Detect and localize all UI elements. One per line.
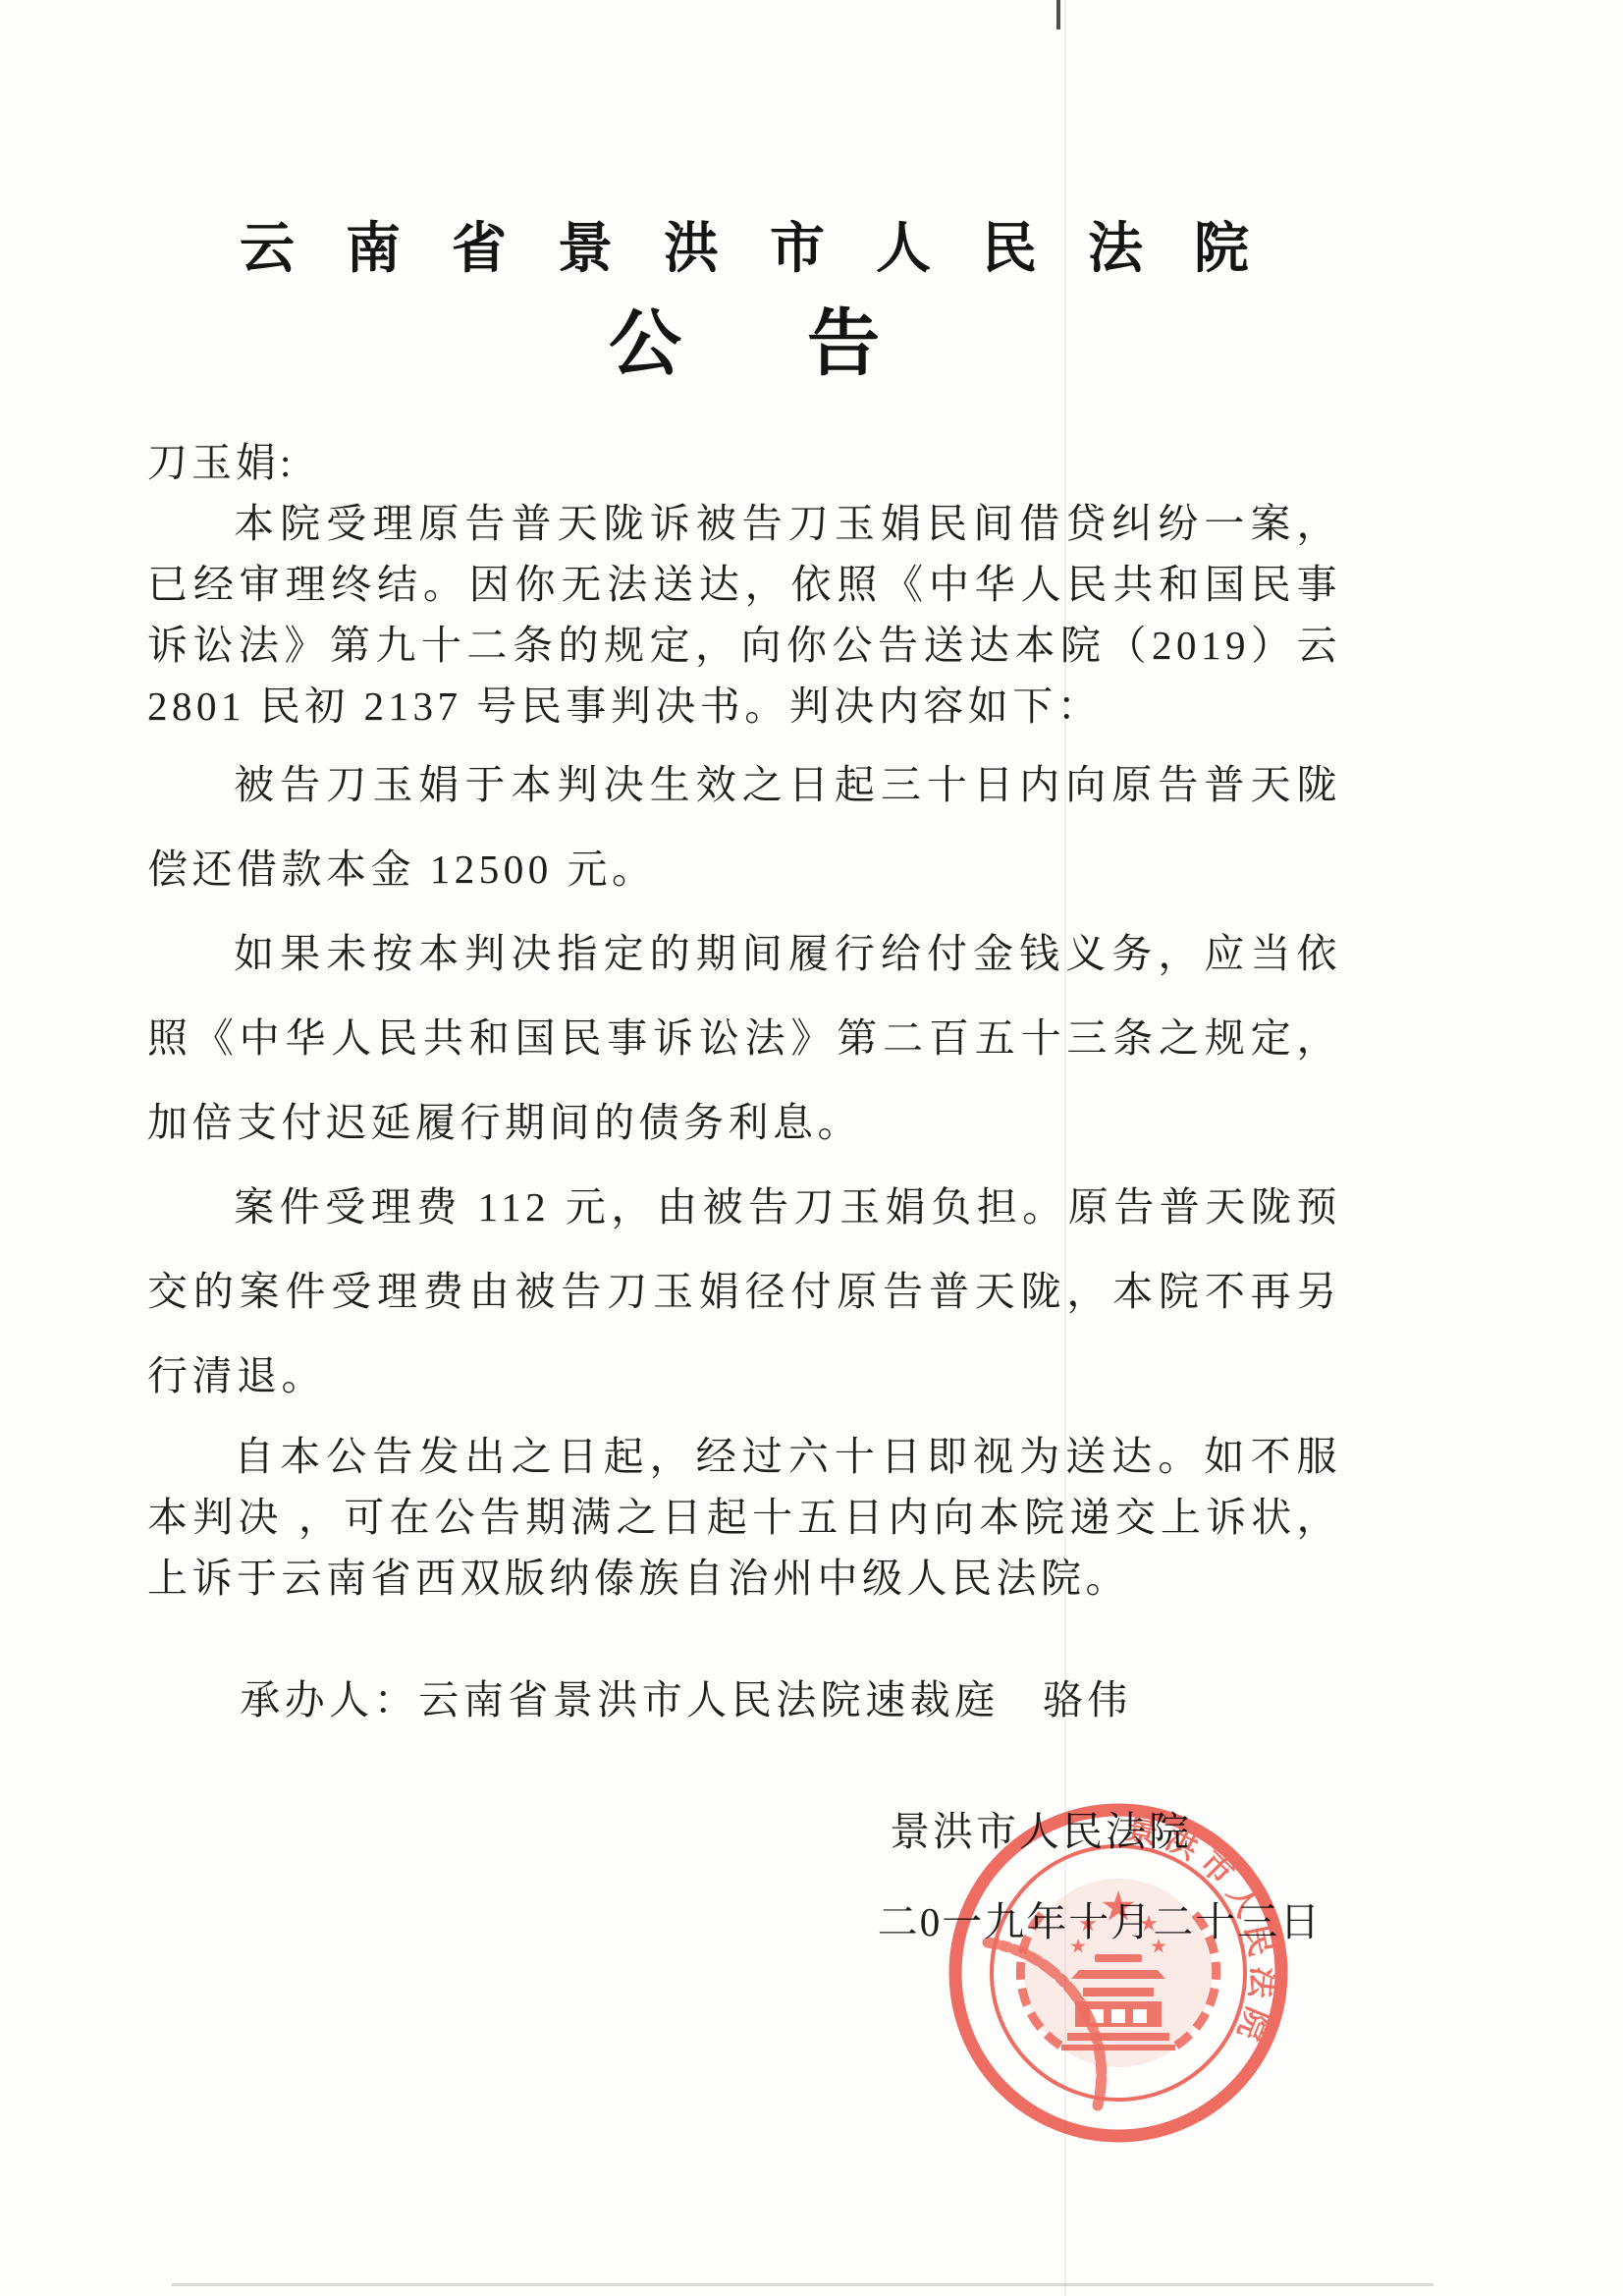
document-title: 公告 <box>147 295 1341 393</box>
signature-date: 二0一九年十月二十三日 <box>864 1891 1335 1952</box>
recipient-name: 刀玉娟: <box>147 432 1341 493</box>
document-body: 云南省景洪市人民法院 公告 刀玉娟: 本院受理原告普天陇诉被告刀玉娟民间借贷纠纷… <box>147 216 1341 1730</box>
paragraph-late-performance: 如果未按本判决指定的期间履行给付金钱义务，应当依照《中华人民共和国民事诉讼法》第… <box>147 911 1341 1165</box>
paragraph-court-fees: 案件受理费 112 元，由被告刀玉娟负担。原告普天陇预交的案件受理费由被告刀玉娟… <box>147 1165 1341 1418</box>
handler-label: 承办人： <box>240 1677 418 1722</box>
scan-artifact-mark <box>1056 0 1060 29</box>
court-name-heading: 云南省景洪市人民法院 <box>147 216 1341 281</box>
paragraph-case-summary: 本院受理原告普天陇诉被告刀玉娟民间借贷纠纷一案，已经审理终结。因你无法送达，依照… <box>147 493 1341 737</box>
court-announcement-document: 云南省景洪市人民法院 公告 刀玉娟: 本院受理原告普天陇诉被告刀玉娟民间借贷纠纷… <box>0 0 1623 2296</box>
emblem-gate-doors <box>1090 2009 1147 2023</box>
emblem-gate <box>1061 1954 1175 2050</box>
handler-line: 承办人：云南省景洪市人民法院速裁庭骆伟 <box>147 1669 1341 1730</box>
handler-office: 云南省景洪市人民法院速裁庭 <box>418 1677 1000 1722</box>
signature-court-name: 景洪市人民法院 <box>864 1801 1335 1862</box>
paragraph-service-and-appeal: 自本公告发出之日起，经过六十日即视为送达。如不服本判决 ，可在公告期满之日起十五… <box>147 1426 1341 1609</box>
seal-dai-script-band <box>988 1942 1102 2105</box>
handler-name: 骆伟 <box>1043 1677 1132 1722</box>
signature-block: 景洪市人民法院 二0一九年十月二十三日 <box>864 1801 1335 1952</box>
scan-edge-line <box>172 2283 1434 2286</box>
paragraph-judgment-amount: 被告刀玉娟于本判决生效之日起三十日内向原告普天陇偿还借款本金 12500 元。 <box>147 742 1341 911</box>
